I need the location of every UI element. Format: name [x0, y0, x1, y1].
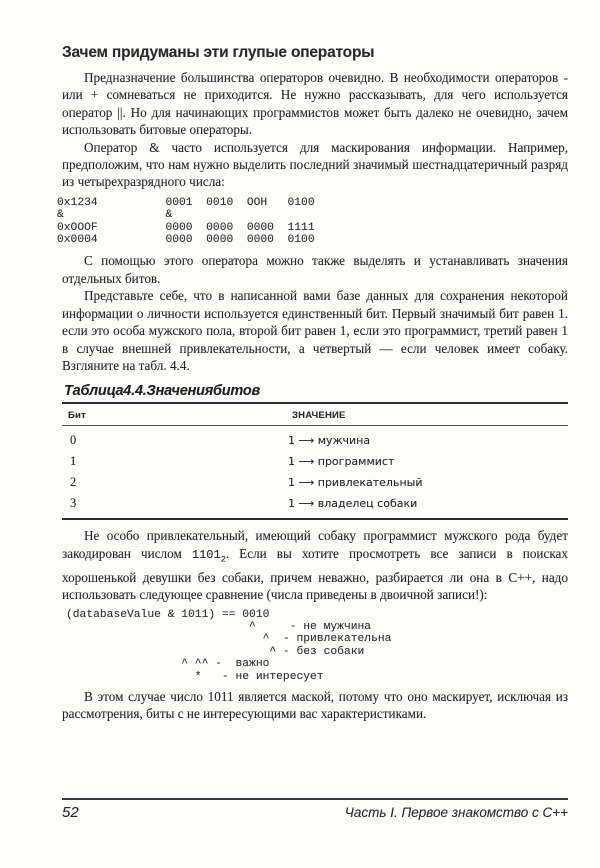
- bit-cell: 2: [70, 475, 288, 490]
- table-title: Таблица 4.4. Значения битов: [62, 383, 568, 404]
- page-number: 52: [62, 804, 79, 821]
- hex-and-code-example: 0x1234 0001 0010 OOH 0100 & & 0xOOOF 000…: [57, 197, 568, 247]
- section-heading: Зачем придуманы эти глупые операторы: [62, 44, 568, 62]
- mask-comparison-example: (databaseValue & 1011) == 0010 ^ - не му…: [66, 609, 568, 683]
- paragraph-operators-purpose: Предназначение большинства операторов оч…: [62, 69, 568, 139]
- value-cell: 1 ⟶ мужчина: [288, 434, 568, 447]
- code-line-comparison: (databaseValue & 1011) == 0010: [66, 609, 568, 621]
- bit-cell: 1: [70, 454, 288, 469]
- table-row: 3 1 ⟶ владелец собаки: [62, 493, 568, 514]
- code-annotation-not-interesting: * - не интересует: [66, 671, 568, 683]
- page-content: Зачем придуманы эти глупые операторы Пре…: [0, 0, 600, 723]
- paragraph-mask-intro: Оператор & часто используется для маскир…: [62, 139, 568, 191]
- code-line-hex-result: 0x0004 0000 0000 0000 0100: [57, 234, 568, 246]
- column-header-bit: Бит: [68, 410, 292, 421]
- paragraph-database-bits: Представьте себе, что в написанной вами …: [62, 287, 568, 374]
- book-page: Зачем придуманы эти глупые операторы Пре…: [0, 0, 600, 868]
- footer-divider: [62, 798, 568, 800]
- table-row: 2 1 ⟶ привлекательный: [62, 472, 568, 493]
- value-cell: 1 ⟶ привлекательный: [288, 476, 568, 489]
- value-cell: 1 ⟶ программист: [288, 455, 568, 468]
- table-body: 0 1 ⟶ мужчина 1 1 ⟶ программист 2 1 ⟶ пр…: [62, 426, 568, 520]
- page-footer: 52 Часть I. Первое знакомство с C++: [62, 804, 568, 821]
- bit-cell: 0: [70, 433, 288, 448]
- paragraph-set-bits: С помощью этого оператора можно также вы…: [62, 252, 568, 287]
- bit-cell: 3: [70, 496, 288, 511]
- code-annotation-no-dog: ^ - без собаки: [66, 646, 568, 658]
- table-header-row: Бит ЗНАЧЕНИЕ: [62, 404, 568, 426]
- code-annotation-important: ^ ^^ - важно: [66, 658, 568, 670]
- paragraph-mask-conclusion: В этом случае число 1011 является маской…: [62, 688, 568, 723]
- value-cell: 1 ⟶ владелец собаки: [288, 497, 568, 510]
- chapter-title: Часть I. Первое знакомство с C++: [345, 805, 568, 820]
- code-line-hex-operand1: 0x1234 0001 0010 OOH 0100: [57, 197, 568, 209]
- code-line-ampersand: & &: [57, 209, 568, 221]
- column-header-value: ЗНАЧЕНИЕ: [292, 410, 568, 421]
- table-row: 0 1 ⟶ мужчина: [62, 430, 568, 451]
- code-annotation-not-male: ^ - не мужчина: [66, 621, 568, 633]
- paragraph-encoded-number: Не особо привлекательный, имеющий собаку…: [62, 527, 568, 603]
- code-annotation-attractive: ^ - привлекательна: [66, 633, 568, 645]
- table-row: 1 1 ⟶ программист: [62, 451, 568, 472]
- code-line-hex-mask: 0xOOOF 0000 0000 0000 1111: [57, 222, 568, 234]
- binary-number: 1101: [192, 548, 221, 562]
- table-4-4: Таблица 4.4. Значения битов Бит ЗНАЧЕНИЕ…: [62, 383, 568, 520]
